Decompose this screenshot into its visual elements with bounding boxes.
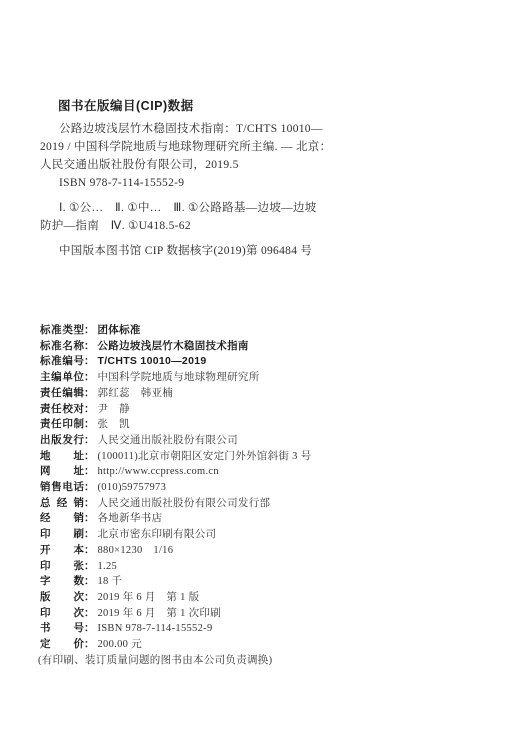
colophon-value: 团体标准 xyxy=(98,323,141,339)
colophon-row: 出版发行：人民交通出版社股份有限公司 xyxy=(40,433,482,449)
colophon-label: 责任校对 xyxy=(40,402,84,418)
cip-header: 图书在版编目(CIP)数据 xyxy=(58,96,194,114)
colophon-value: 张 凯 xyxy=(98,417,130,433)
colophon-colon: ： xyxy=(84,621,95,637)
colophon-row: 责任校对：尹 静 xyxy=(40,402,482,418)
book-copyright-page: 图书在版编目(CIP)数据 公路边坡浅层竹木稳固技术指南：T/CHTS 1001… xyxy=(0,0,520,746)
isbn-line: ISBN 978-7-114-15552-9 xyxy=(40,174,472,192)
colophon-row: 网址：http://www.ccpress.com.cn xyxy=(40,464,482,480)
colophon-value: 公路边坡浅层竹木稳固技术指南 xyxy=(98,339,249,355)
cip-record-block: 公路边坡浅层竹木稳固技术指南：T/CHTS 10010— 2019 / 中国科学… xyxy=(40,120,472,260)
colophon-label: 定价 xyxy=(40,637,84,653)
colophon-label: 网址 xyxy=(40,464,84,480)
colophon-label: 字数 xyxy=(40,574,84,590)
colophon-label: 标准类型 xyxy=(40,323,84,339)
colophon-colon: ： xyxy=(84,480,95,496)
colophon-row: 总经销：人民交通出版社股份有限公司发行部 xyxy=(40,496,482,512)
colophon-row: 字数：18 千 xyxy=(40,574,482,590)
colophon-colon: ： xyxy=(84,339,95,355)
cip-record-line: 公路边坡浅层竹木稳固技术指南：T/CHTS 10010— xyxy=(40,120,472,138)
cip-registry-line: 中国版本图书馆 CIP 数据核字(2019)第 096484 号 xyxy=(40,242,472,260)
colophon-label: 标准名称 xyxy=(40,339,84,355)
colophon-label: 主编单位 xyxy=(40,370,84,386)
colophon-label: 出版发行 xyxy=(40,433,84,449)
colophon-colon: ： xyxy=(84,527,95,543)
colophon-value: 北京市密东印刷有限公司 xyxy=(98,527,217,543)
colophon-colon: ： xyxy=(84,606,95,622)
colophon-colon: ： xyxy=(84,543,95,559)
colophon-colon: ： xyxy=(84,433,95,449)
colophon-value: 2019 年 6 月 第 1 版 xyxy=(98,590,200,606)
cip-classification-line: 防护—指南 Ⅳ. ①U418.5-62 xyxy=(40,217,472,235)
colophon-row: 版次：2019 年 6 月 第 1 版 xyxy=(40,590,482,606)
colophon-row: 印次：2019 年 6 月 第 1 次印刷 xyxy=(40,606,482,622)
colophon-value: 2019 年 6 月 第 1 次印刷 xyxy=(98,606,222,622)
quality-note: (有印刷、装订质量问题的图书由本公司负责调换) xyxy=(38,652,272,667)
colophon-value: 各地新华书店 xyxy=(98,511,163,527)
colophon-colon: ： xyxy=(84,511,95,527)
colophon-row: 书号：ISBN 978-7-114-15552-9 xyxy=(40,621,482,637)
colophon-colon: ： xyxy=(84,496,95,512)
colophon-label: 销售电话 xyxy=(40,480,84,496)
colophon-row: 标准类型：团体标准 xyxy=(40,323,482,339)
colophon-row: 印张：1.25 xyxy=(40,559,482,575)
colophon-colon: ： xyxy=(84,559,95,575)
cip-record-line: 2019 / 中国科学院地质与地球物理研究所主编. — 北京： xyxy=(40,138,472,156)
colophon-label: 书号 xyxy=(40,621,84,637)
colophon-row: 责任编辑：郭红蕊 韩亚楠 xyxy=(40,386,482,402)
colophon-colon: ： xyxy=(84,417,95,433)
colophon-colon: ： xyxy=(84,637,95,653)
colophon-label: 地址 xyxy=(40,449,84,465)
colophon-value: 尹 静 xyxy=(98,402,130,418)
colophon-label: 印张 xyxy=(40,559,84,575)
colophon-value: 1.25 xyxy=(98,559,118,575)
colophon-colon: ： xyxy=(84,590,95,606)
colophon-value: 中国科学院地质与地球物理研究所 xyxy=(98,370,260,386)
colophon-label: 总经销 xyxy=(40,496,84,512)
colophon-label: 责任印制 xyxy=(40,417,84,433)
colophon-label: 印次 xyxy=(40,606,84,622)
colophon-label: 责任编辑 xyxy=(40,386,84,402)
colophon-row: 经销：各地新华书店 xyxy=(40,511,482,527)
cip-classification-line: Ⅰ. ①公… Ⅱ. ①中… Ⅲ. ①公路路基—边坡—边坡 xyxy=(40,199,472,217)
colophon-row: 销售电话：(010)59757973 xyxy=(40,480,482,496)
colophon-label: 开本 xyxy=(40,543,84,559)
colophon-value: 18 千 xyxy=(98,574,123,590)
colophon-value: (100011)北京市朝阳区安定门外外馆斜街 3 号 xyxy=(98,449,312,465)
colophon-value: 人民交通出版社股份有限公司发行部 xyxy=(98,496,271,512)
colophon-row: 印刷：北京市密东印刷有限公司 xyxy=(40,527,482,543)
colophon-value: 200.00 元 xyxy=(98,637,142,653)
colophon-value: T/CHTS 10010—2019 xyxy=(98,354,207,370)
colophon-label: 经销 xyxy=(40,511,84,527)
colophon-colon: ： xyxy=(84,354,95,370)
colophon-row: 主编单位：中国科学院地质与地球物理研究所 xyxy=(40,370,482,386)
colophon-row: 标准名称：公路边坡浅层竹木稳固技术指南 xyxy=(40,339,482,355)
colophon-row: 定价：200.00 元 xyxy=(40,637,482,653)
colophon-colon: ： xyxy=(84,370,95,386)
colophon-colon: ： xyxy=(84,402,95,418)
cip-record-line: 人民交通出版社股份有限公司，2019.5 xyxy=(40,156,472,174)
colophon-value: ISBN 978-7-114-15552-9 xyxy=(98,621,213,637)
colophon-colon: ： xyxy=(84,386,95,402)
colophon-value: http://www.ccpress.com.cn xyxy=(98,464,219,480)
colophon-colon: ： xyxy=(84,574,95,590)
colophon-value: 880×1230 1/16 xyxy=(98,543,174,559)
colophon-label: 印刷 xyxy=(40,527,84,543)
colophon-row: 地址：(100011)北京市朝阳区安定门外外馆斜街 3 号 xyxy=(40,449,482,465)
colophon-row: 标准编号：T/CHTS 10010—2019 xyxy=(40,354,482,370)
colophon-value: 人民交通出版社股份有限公司 xyxy=(98,433,238,449)
colophon-colon: ： xyxy=(84,323,95,339)
colophon-row: 开本：880×1230 1/16 xyxy=(40,543,482,559)
colophon-block: 标准类型：团体标准 标准名称：公路边坡浅层竹木稳固技术指南 标准编号：T/CHT… xyxy=(40,323,482,653)
colophon-label: 版次 xyxy=(40,590,84,606)
colophon-colon: ： xyxy=(84,464,95,480)
colophon-value: (010)59757973 xyxy=(98,480,167,496)
colophon-colon: ： xyxy=(84,449,95,465)
colophon-row: 责任印制：张 凯 xyxy=(40,417,482,433)
colophon-value: 郭红蕊 韩亚楠 xyxy=(98,386,174,402)
colophon-label: 标准编号 xyxy=(40,354,84,370)
